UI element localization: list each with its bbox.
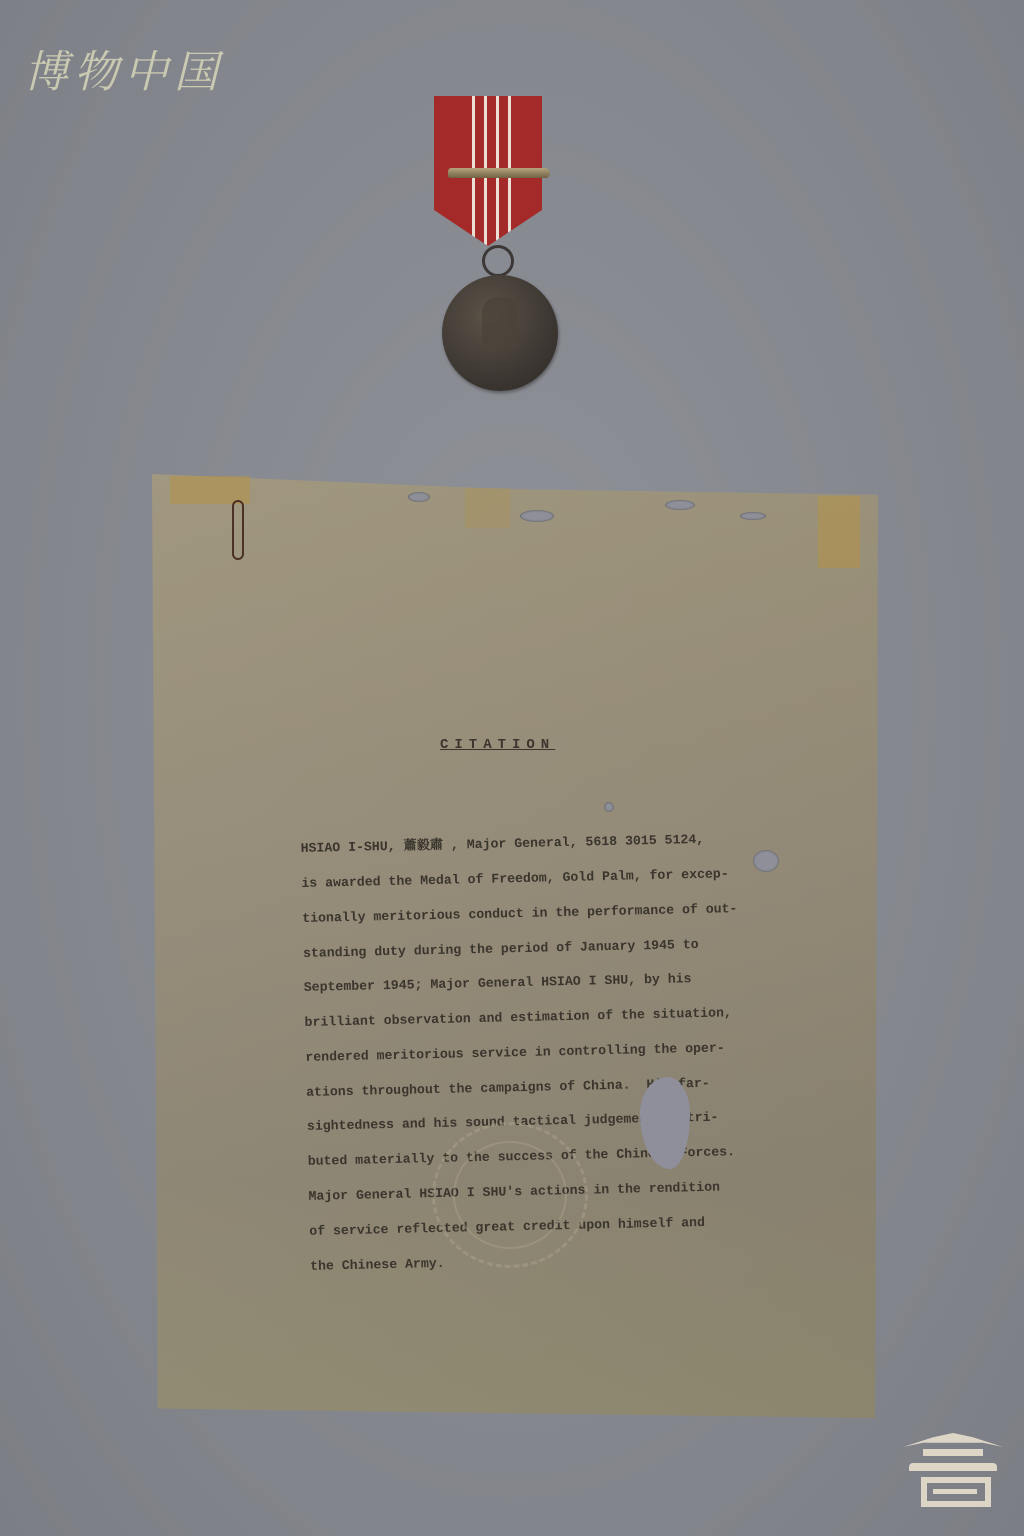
pin-hole	[520, 510, 554, 522]
citation-line: September 1945; Major General HSIAO I SH…	[304, 971, 804, 994]
tape-strip	[818, 496, 860, 568]
pin-hole	[408, 492, 430, 502]
logo-bar	[923, 1449, 983, 1456]
logo-bar	[921, 1501, 991, 1507]
pin-hole	[665, 500, 695, 510]
seal-inner-ring	[453, 1141, 567, 1249]
embossed-seal-icon	[432, 1122, 588, 1268]
pin-hole	[604, 802, 614, 812]
paper-clip-icon	[232, 500, 244, 560]
citation-line: HSIAO I-SHU, 蕭毅肅 , Major General, 5618 3…	[301, 832, 801, 855]
logo-bar	[909, 1463, 997, 1471]
logo-bar	[921, 1477, 991, 1483]
gold-palm-clasp-icon	[448, 168, 550, 178]
pavilion-logo-icon	[903, 1425, 1003, 1509]
citation-line: is awarded the Medal of Freedom, Gold Pa…	[301, 867, 801, 890]
citation-title: CITATION	[440, 737, 555, 753]
liberty-bell-icon	[482, 297, 518, 347]
citation-line: sightedness and his sound tactical judge…	[307, 1110, 807, 1133]
pin-hole	[740, 512, 766, 520]
citation-line: brilliant observation and estimation of …	[304, 1006, 804, 1029]
tape-strip	[465, 488, 510, 528]
medal-ring	[482, 245, 514, 277]
citation-line: ations throughout the campaigns of China…	[306, 1075, 806, 1098]
watermark-logo-text: 博物中国	[24, 36, 224, 100]
logo-roof	[903, 1433, 1003, 1447]
citation-line: tionally meritorious conduct in the perf…	[302, 901, 802, 924]
citation-line: the Chinese Army.	[310, 1249, 810, 1272]
medal-disc	[442, 275, 558, 391]
citation-line: standing duty during the period of Janua…	[303, 936, 803, 959]
logo-bar	[933, 1489, 977, 1494]
citation-line: rendered meritorious service in controll…	[305, 1040, 805, 1063]
